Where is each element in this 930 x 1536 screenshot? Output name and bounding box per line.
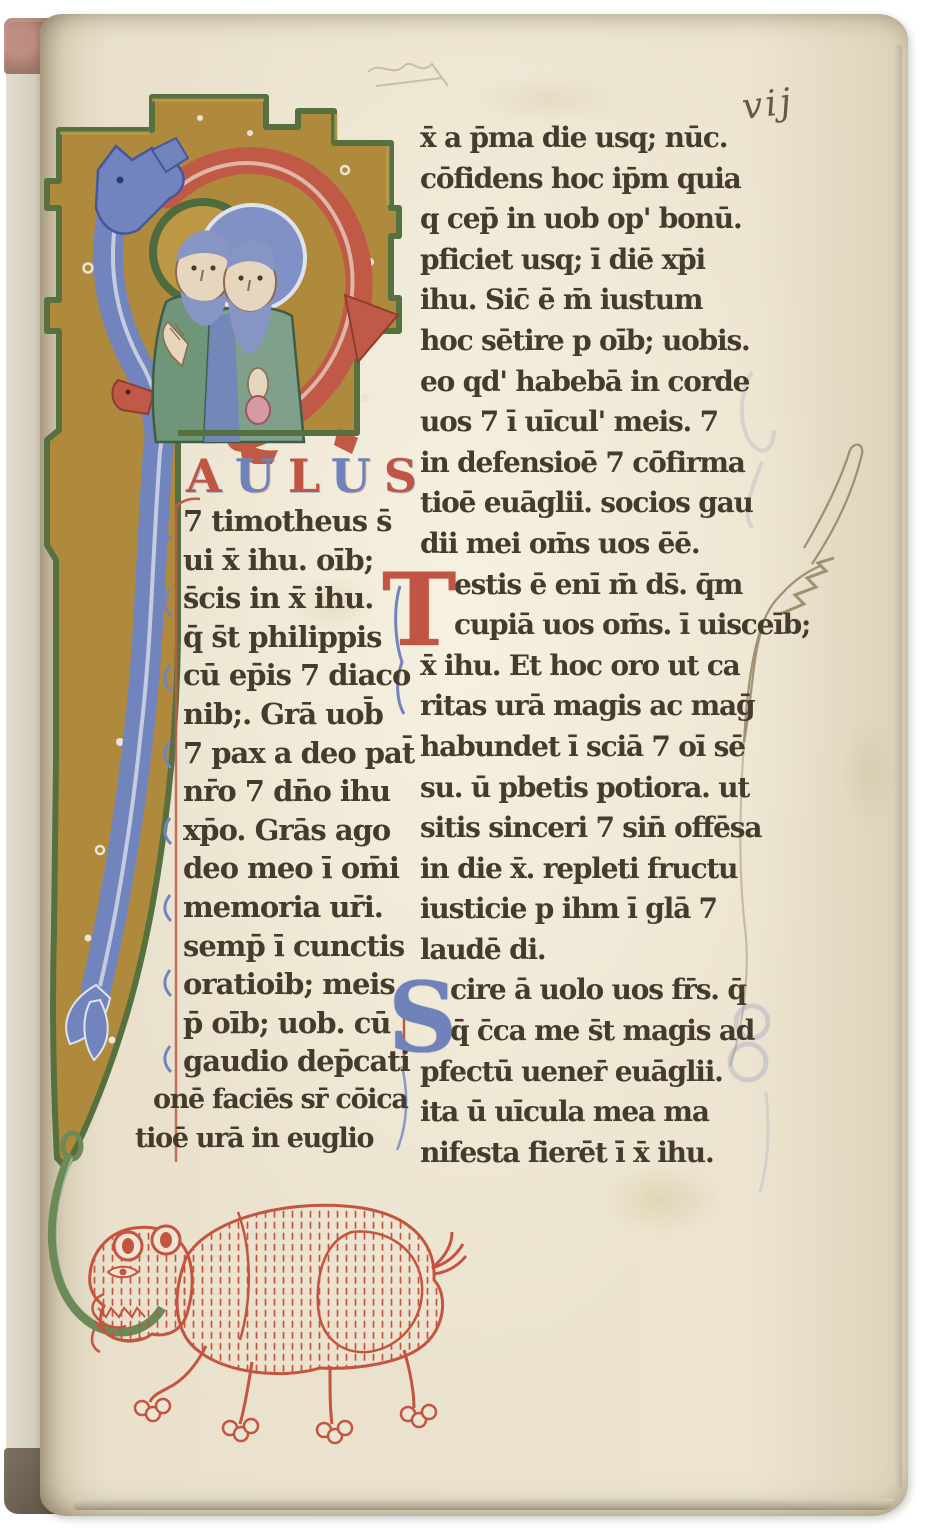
display-capital: U: [331, 449, 384, 503]
text-line: pficiet usq; ī diē xp̄i: [420, 240, 765, 281]
page-edge-right: [894, 44, 902, 1490]
text-line: hoc sētire p oīb; uobis.: [420, 321, 765, 362]
text-line: 7 pax a deo pat̄: [183, 734, 418, 773]
text-line: pfectū uener̄ euāglii.: [420, 1052, 765, 1093]
page-edge-stack: [74, 1499, 894, 1510]
parchment-stain: [470, 74, 630, 124]
text-line: ita ū uīcula mea ma: [420, 1092, 765, 1133]
display-capital: L: [288, 449, 331, 503]
text-line: cire ā uolo uos fr̄s. q̄: [420, 970, 765, 1011]
manuscript-photo: vij AULUS 7 timotheus s̄ui x̄ ihu. oīb;s…: [0, 0, 930, 1536]
text-line: eo qd' habebā in corde: [420, 362, 765, 403]
text-line: cupiā uos om̄s. ī uisceīb;: [420, 605, 765, 646]
text-line: estis ē enī m̄ ds̄. q̄m: [420, 565, 765, 606]
display-capital: A: [186, 449, 235, 503]
incipit-heading: AULUS: [186, 450, 430, 502]
text-line: q cep̄ in uob op' bonū.: [420, 199, 765, 240]
parchment-stain: [840, 714, 900, 834]
text-line: cōfidens hoc ip̄m quia: [420, 159, 765, 200]
text-line: nr̄o 7 dn̄o ihu: [183, 772, 418, 811]
text-line: semp̄ ī cunctis: [183, 927, 418, 966]
text-line: laudē di.: [420, 930, 765, 971]
text-line: sitis sinceri 7 sin̄ offēsa: [420, 808, 765, 849]
initial-T: T: [382, 560, 456, 660]
text-line: p̄ oīb; uob. cū: [183, 1004, 418, 1043]
text-line: 7 timotheus s̄: [183, 502, 418, 541]
initial-S: S: [388, 970, 457, 1066]
parchment-stain: [600, 1164, 720, 1234]
text-line: ritas urā magis ac maḡ: [420, 686, 765, 727]
text-line: habundet ī sciā 7 oī sē: [420, 727, 765, 768]
text-line: su. ū pbetis potiora. ut: [420, 768, 765, 809]
text-line: onē faciēs sr̄ cōica: [153, 1081, 418, 1120]
text-line: tioē euāglii. socios gau: [420, 483, 765, 524]
text-line: memoria ur̄i.: [183, 888, 418, 927]
text-line: oratioib; meis: [183, 965, 418, 1004]
text-line: uos 7 ī uīcul' meis. 7: [420, 402, 765, 443]
text-line: nib;. Grā uob̄: [183, 695, 418, 734]
display-capital: U: [235, 449, 288, 503]
text-line: in defensioē 7 cōfirma: [420, 443, 765, 484]
text-line: x̄ ihu. Et hoc oro ut ca: [420, 646, 765, 687]
text-line: dii mei om̄s uos ēē.: [420, 524, 765, 565]
text-line: nifesta fierēt ī x̄ ihu.: [420, 1133, 765, 1174]
text-line: xp̄o. Grās ago: [183, 811, 418, 850]
text-line: ihu. Sic̄ ē m̄ iustum: [420, 280, 765, 321]
text-line: gaudio dep̄cati: [183, 1042, 418, 1081]
text-line: x̄ a p̄ma die usq; nūc.: [420, 118, 765, 159]
text-line: deo meo ī om̄i: [183, 849, 418, 888]
text-line: iusticie p ihm ī glā 7: [420, 889, 765, 930]
text-line: tioē urā in euglio: [135, 1120, 418, 1159]
text-line: in die x̄. repleti fructu: [420, 849, 765, 890]
right-text-column: x̄ a p̄ma die usq; nūc.cōfidens hoc ip̄m…: [420, 118, 765, 1173]
text-line: q̄ c̄ca me s̄t magis ad: [420, 1011, 765, 1052]
